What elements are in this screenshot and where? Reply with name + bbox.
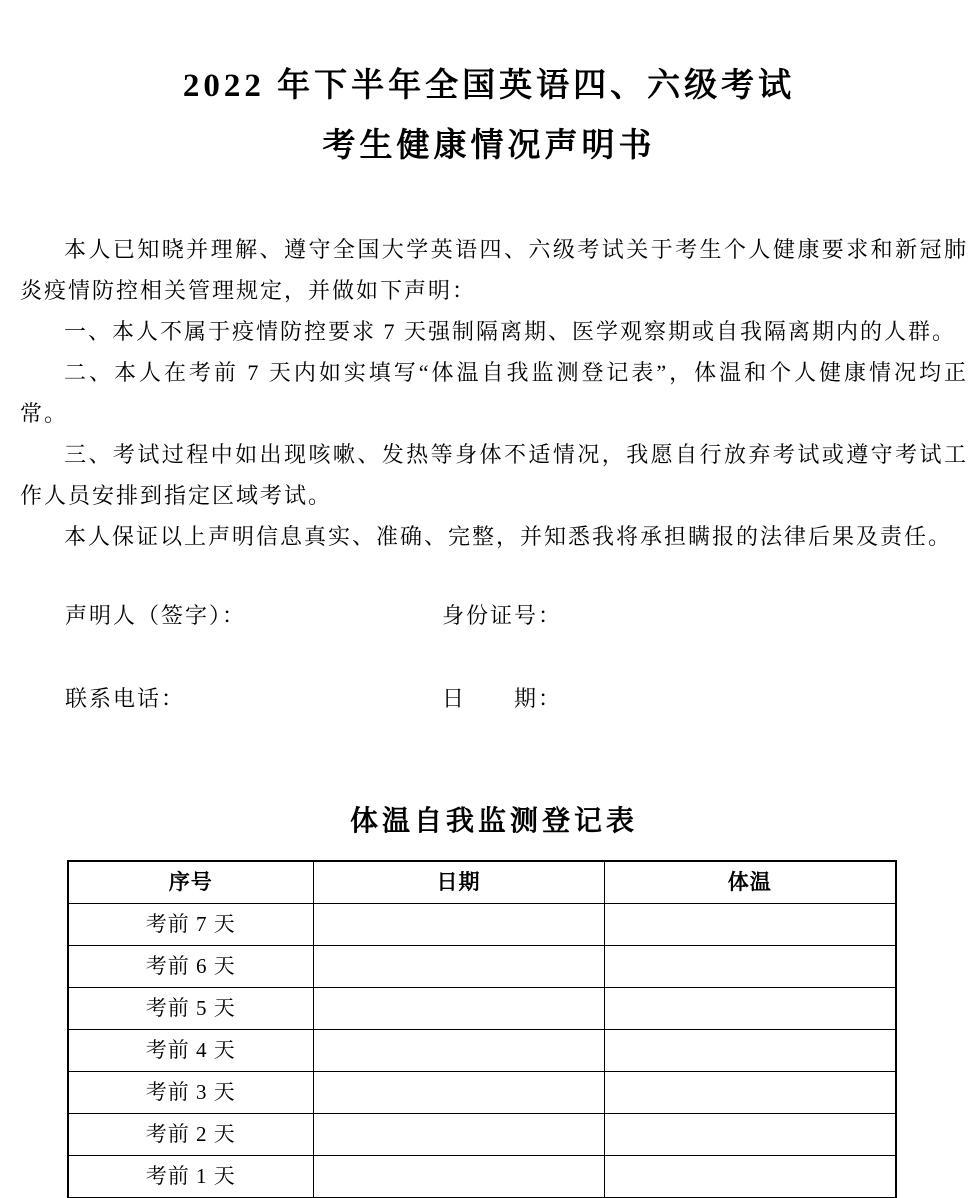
table-header-cell: 体温	[604, 861, 896, 904]
document-title: 2022 年下半年全国英语四、六级考试 考生健康情况声明书	[0, 0, 978, 176]
declaration-intro: 本人已知晓并理解、遵守全国大学英语四、六级考试关于考生个人健康要求和新冠肺炎疫情…	[20, 229, 968, 311]
declaration-item: 一、本人不属于疫情防控要求 7 天强制隔离期、医学观察期或自我隔离期内的人群。	[20, 311, 968, 352]
row-label-cell: 考前 1 天	[68, 1156, 313, 1198]
date-entry-cell	[313, 904, 604, 946]
row-label-cell: 考前 6 天	[68, 946, 313, 988]
table-row: 考前 1 天	[68, 1156, 896, 1198]
row-label-cell: 考前 3 天	[68, 1072, 313, 1114]
date-entry-cell	[313, 1072, 604, 1114]
date-entry-cell	[313, 988, 604, 1030]
signature-row-2: 联系电话： 日 期：	[20, 678, 968, 719]
health-declaration-document: 2022 年下半年全国英语四、六级考试 考生健康情况声明书 本人已知晓并理解、遵…	[0, 0, 978, 1198]
id-number-label: 身份证号：	[442, 595, 562, 636]
declarant-signature-label: 声明人（签字）：	[65, 603, 246, 628]
table-header-cell: 日期	[313, 861, 604, 904]
declaration-item: 二、本人在考前 7 天内如实填写“体温自我监测登记表”，体温和个人健康情况均正常…	[20, 352, 968, 434]
temperature-table-title: 体温自我监测登记表	[20, 800, 968, 844]
table-row: 考前 5 天	[68, 988, 896, 1030]
temperature-entry-cell	[604, 1114, 896, 1156]
table-header-row: 序号日期体温	[68, 861, 896, 904]
temperature-entry-cell	[604, 904, 896, 946]
table-row: 考前 4 天	[68, 1030, 896, 1072]
table-row: 考前 3 天	[68, 1072, 896, 1114]
row-label-cell: 考前 5 天	[68, 988, 313, 1030]
signature-row-1: 声明人（签字）： 身份证号：	[20, 595, 968, 636]
date-entry-cell	[313, 946, 604, 988]
document-title-line1: 2022 年下半年全国英语四、六级考试	[0, 56, 978, 116]
table-row: 考前 6 天	[68, 946, 896, 988]
table-header-cell: 序号	[68, 861, 313, 904]
temperature-entry-cell	[604, 1156, 896, 1198]
date-label: 日 期：	[442, 678, 562, 719]
date-entry-cell	[313, 1114, 604, 1156]
row-label-cell: 考前 4 天	[68, 1030, 313, 1072]
temperature-entry-cell	[604, 1030, 896, 1072]
declaration-item: 三、考试过程中如出现咳嗽、发热等身体不适情况，我愿自行放弃考试或遵守考试工作人员…	[20, 434, 968, 516]
phone-label: 联系电话：	[65, 686, 185, 711]
declaration-closing: 本人保证以上声明信息真实、准确、完整，并知悉我将承担瞒报的法律后果及责任。	[20, 516, 968, 557]
row-label-cell: 考前 2 天	[68, 1114, 313, 1156]
row-label-cell: 考前 7 天	[68, 904, 313, 946]
temperature-entry-cell	[604, 988, 896, 1030]
temperature-monitor-table: 序号日期体温 考前 7 天考前 6 天考前 5 天考前 4 天考前 3 天考前 …	[67, 860, 897, 1198]
table-row: 考前 2 天	[68, 1114, 896, 1156]
document-title-line2: 考生健康情况声明书	[0, 116, 978, 176]
date-entry-cell	[313, 1156, 604, 1198]
document-body: 本人已知晓并理解、遵守全国大学英语四、六级考试关于考生个人健康要求和新冠肺炎疫情…	[20, 229, 968, 1198]
declaration-items: 一、本人不属于疫情防控要求 7 天强制隔离期、医学观察期或自我隔离期内的人群。二…	[20, 311, 968, 516]
temperature-entry-cell	[604, 946, 896, 988]
date-entry-cell	[313, 1030, 604, 1072]
table-row: 考前 7 天	[68, 904, 896, 946]
temperature-entry-cell	[604, 1072, 896, 1114]
